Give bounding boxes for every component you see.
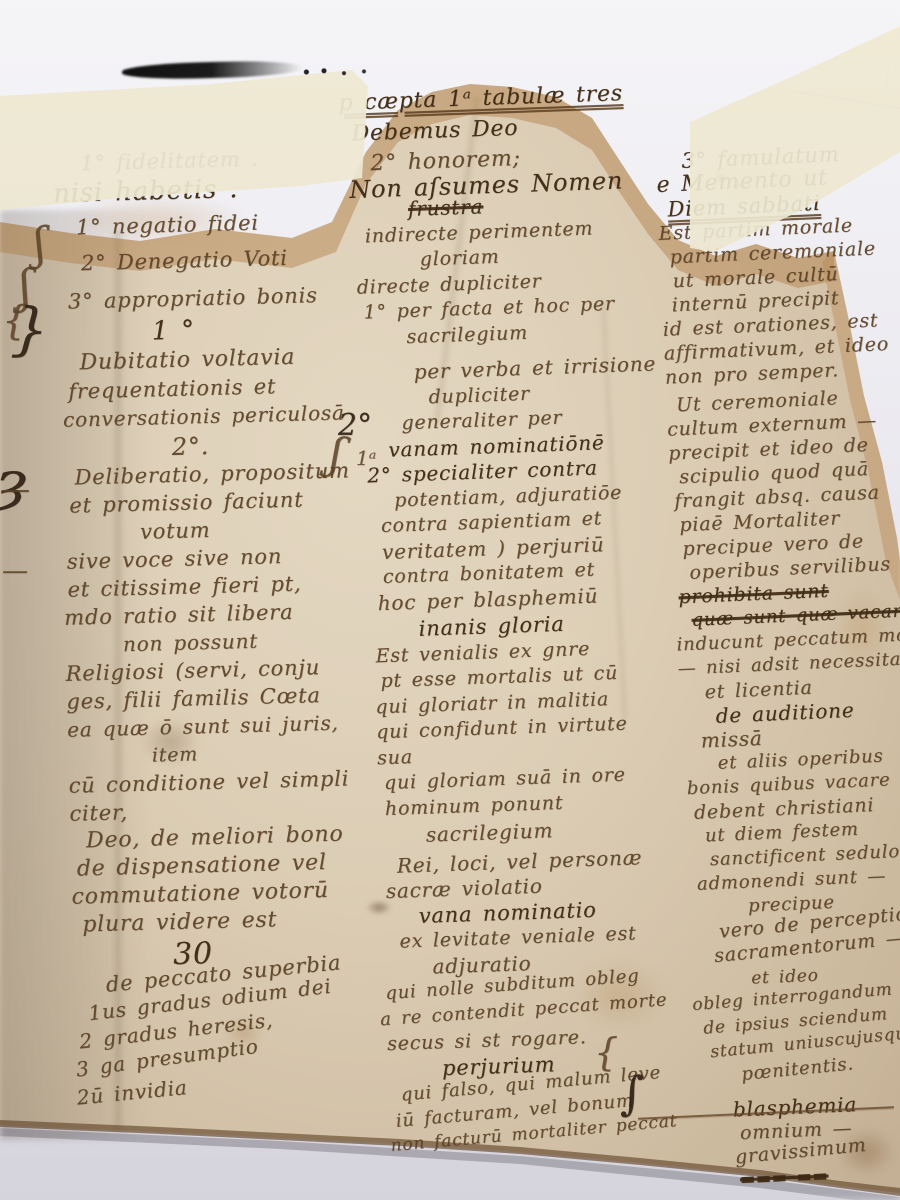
manuscript-line: 1 ° — [151, 312, 346, 345]
manuscript-line: plura videre est — [82, 904, 362, 939]
margin-mark: — — [2, 556, 28, 586]
manuscript-column-left: 1° fidelitatem .nisi habetis .1° negatio… — [52, 142, 366, 1111]
manuscript-column-middle: 2° honorem;Non aſsumes Nomenfrustraindir… — [348, 142, 684, 1160]
photo-of-manuscript: p cæpta 1ᵃ tabulæ tresDebemus Deo 1° fid… — [0, 0, 900, 1200]
ink-scribble-dots — [300, 66, 380, 78]
margin-mark: } — [9, 294, 51, 364]
manuscript-header: p cæpta 1ᵃ tabulæ tresDebemus Deo — [338, 78, 625, 150]
margin-mark: 1ᵃ — [356, 446, 376, 470]
manuscript-line: 1° negatio fidei — [76, 206, 344, 241]
manuscript-line: 2° Denegatio Voti — [81, 242, 345, 277]
margin-mark: { — [594, 1030, 618, 1074]
margin-mark: ∫ — [620, 1066, 644, 1120]
margin-mark: — — [0, 472, 30, 507]
manuscript-line: 3° appropriatio bonis — [68, 280, 346, 315]
